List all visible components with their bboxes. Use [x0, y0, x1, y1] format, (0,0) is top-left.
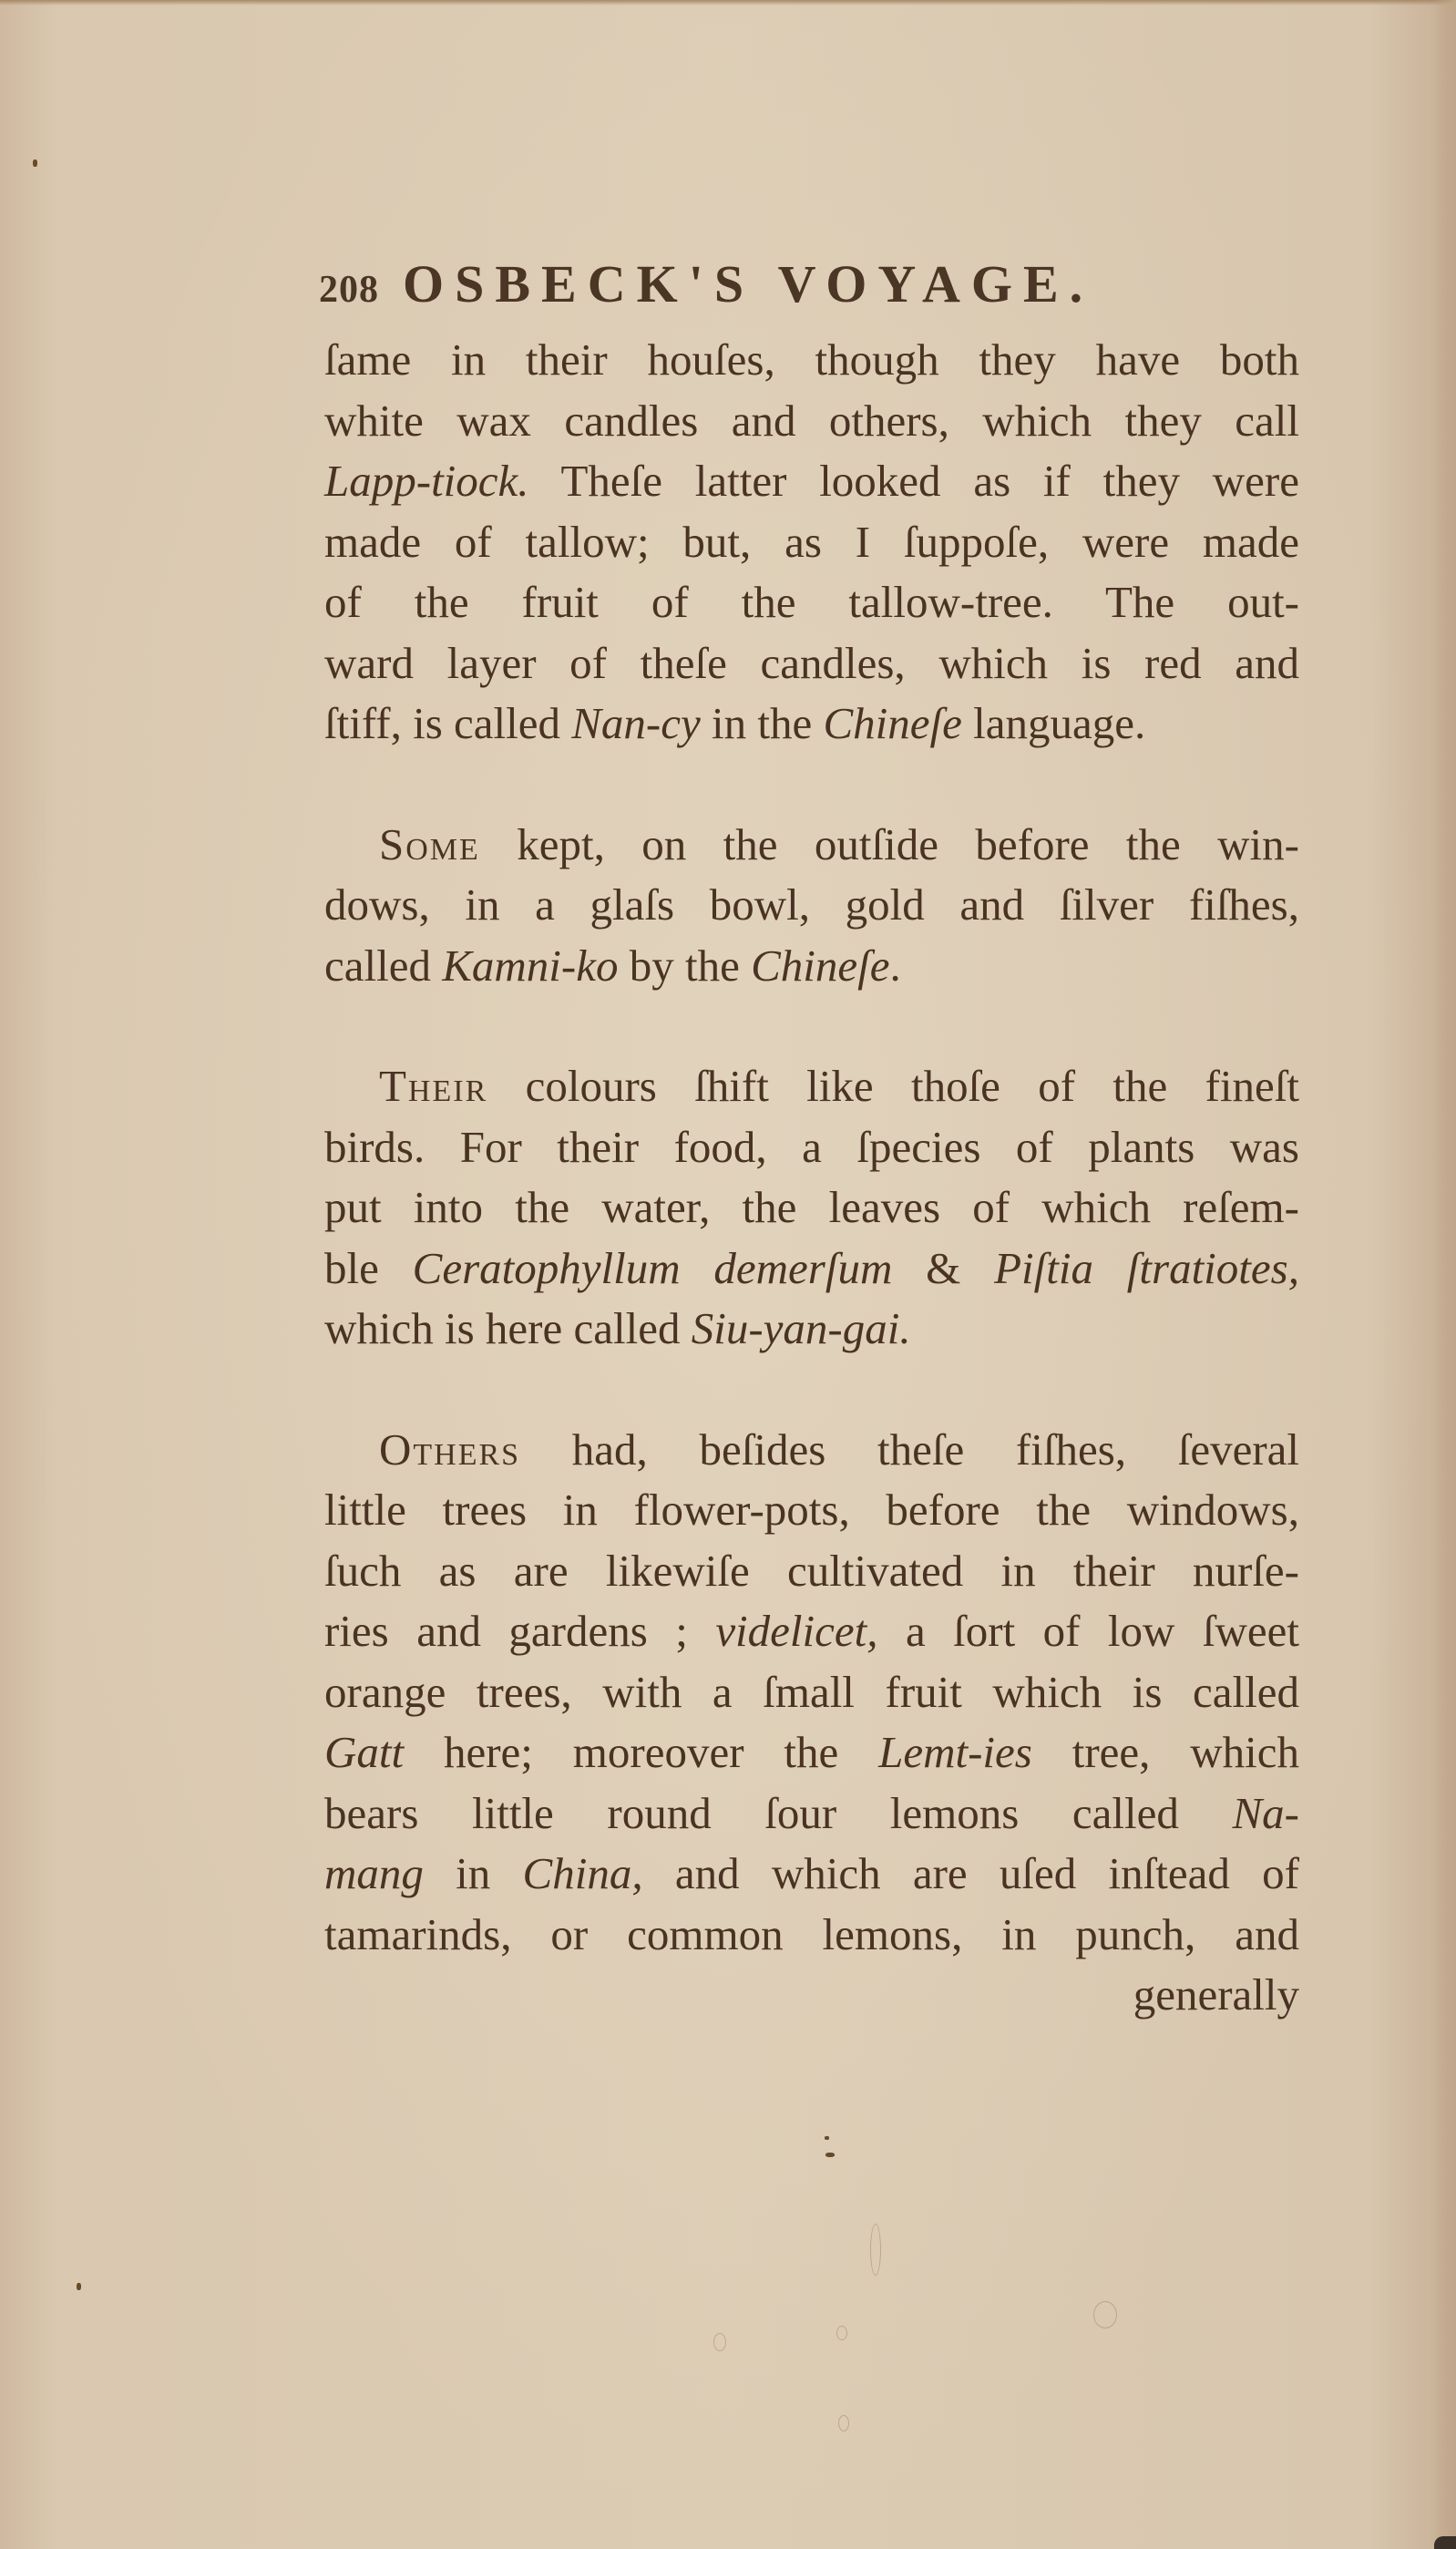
italic-term: mang: [324, 1848, 424, 1898]
italic-term: Gatt: [324, 1727, 404, 1777]
text-line: orange trees, with a ſmall fruit which i…: [324, 1662, 1299, 1723]
text-line: Others had, beſides theſe fiſhes, ſevera…: [324, 1420, 1299, 1481]
text-line: ſtiff, is called Nan-cy in the Chineſe l…: [324, 694, 1299, 755]
italic-term: Chineſe: [823, 698, 961, 748]
lead-caps: Their: [379, 1061, 487, 1111]
paper-stain: [838, 2415, 849, 2431]
italic-term: Piſtia ſtratiotes,: [994, 1243, 1299, 1293]
italic-term: Ceratophyllum demerſum: [413, 1243, 893, 1293]
ink-speck: [77, 2283, 81, 2290]
ink-speck: [33, 159, 37, 167]
text-line: of the fruit of the tallow-tree. The out…: [324, 572, 1299, 633]
text-line: birds. For their food, a ſpecies of plan…: [324, 1117, 1299, 1178]
paragraph-gap: [324, 1360, 1299, 1420]
body-text: ſame in their houſes, though they have b…: [324, 330, 1299, 2026]
italic-term: videlicet,: [715, 1606, 877, 1656]
text-line: tamarinds, or common lemons, in punch, a…: [324, 1905, 1299, 1966]
text-line: Gatt here; moreover the Lemt-ies tree, w…: [324, 1722, 1299, 1783]
paper-stain: [870, 2224, 881, 2276]
text-line: ble Ceratophyllum demerſum & Piſtia ſtra…: [324, 1239, 1299, 1300]
italic-term: Na-: [1233, 1788, 1300, 1838]
text-line: Their colours ſhift like thoſe of the fi…: [324, 1056, 1299, 1117]
paragraph-1: ſame in their houſes, though they have b…: [324, 330, 1299, 755]
paragraph-2: Some kept, on the outſide before the win…: [324, 815, 1299, 997]
italic-term: Kamni-ko: [442, 940, 618, 991]
page-top-edge: [0, 0, 1456, 5]
text-line: called Kamni-ko by the Chineſe.: [324, 936, 1299, 997]
page-gutter-shadow: [1432, 0, 1456, 2549]
italic-term: Chineſe: [751, 940, 889, 991]
paragraph-4: Others had, beſides theſe fiſhes, ſevera…: [324, 1420, 1299, 2026]
text-line: which is here called Siu-yan-gai.: [324, 1299, 1299, 1360]
text-line: Some kept, on the outſide before the win…: [324, 815, 1299, 876]
text-line: ſame in their houſes, though they have b…: [324, 330, 1299, 391]
paragraph-gap: [324, 755, 1299, 815]
italic-term: Lapp-tiock.: [324, 456, 529, 506]
text-line: ward layer of theſe candles, which is re…: [324, 633, 1299, 694]
paragraph-3: Their colours ſhift like thoſe of the fi…: [324, 1056, 1299, 1360]
lead-caps: Some: [379, 819, 480, 869]
italic-term: Nan-cy: [571, 698, 701, 748]
text-line: put into the water, the leaves of which …: [324, 1177, 1299, 1239]
book-page: 208 OSBECK'S VOYAGE. ſame in their houſe…: [0, 0, 1456, 2549]
text-line: bears little round ſour lemons called Na…: [324, 1783, 1299, 1845]
ink-speck: [825, 2136, 829, 2140]
paragraph-gap: [324, 996, 1299, 1056]
page-corner: [1434, 2536, 1456, 2549]
paper-stain: [1093, 2301, 1117, 2328]
catchword: generally: [324, 1965, 1299, 2026]
paper-stain: [836, 2326, 847, 2340]
italic-term: Siu-yan-gai.: [692, 1303, 911, 1353]
text-line: little trees in flower-pots, before the …: [324, 1480, 1299, 1541]
running-head: 208 OSBECK'S VOYAGE.: [319, 253, 1093, 314]
italic-term: China,: [523, 1848, 643, 1898]
text-line: ſuch as are likewiſe cultivated in their…: [324, 1541, 1299, 1602]
text-line: Lapp-tiock. Theſe latter looked as if th…: [324, 451, 1299, 512]
italic-term: Lemt-ies: [878, 1727, 1032, 1777]
running-title: OSBECK'S VOYAGE.: [403, 254, 1093, 313]
ink-speck: [825, 2153, 835, 2157]
text-line: dows, in a glaſs bowl, gold and ſilver f…: [324, 875, 1299, 936]
lead-caps: Others: [379, 1424, 520, 1475]
text-line: made of tallow; but, as I ſuppoſe, were …: [324, 512, 1299, 573]
paper-stain: [713, 2333, 726, 2351]
text-line: white wax candles and others, which they…: [324, 391, 1299, 452]
text-line: mang in China, and which are uſed inſtea…: [324, 1844, 1299, 1905]
page-number: 208: [319, 269, 379, 311]
text-line: ries and gardens ; videlicet, a ſort of …: [324, 1601, 1299, 1662]
